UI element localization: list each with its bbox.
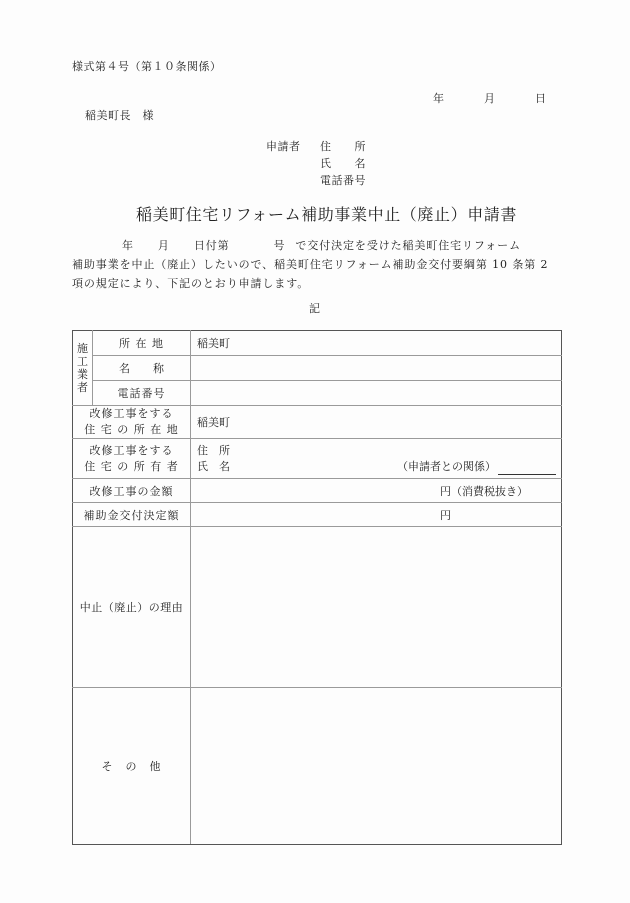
body-line1-rest: で交付決定を受けた稲美町住宅リフォーム (295, 239, 521, 252)
table-row: 改修工事の金額 円（消費税抜き） (73, 479, 562, 503)
contractor-name-label: 名称 (93, 356, 191, 381)
ki-heading: 記 (309, 300, 321, 316)
body-dated: 日付第 (194, 239, 230, 252)
owner-relation-label: （申請者との関係） (397, 460, 496, 473)
other-label: そ の 他 (73, 688, 191, 845)
cost-field[interactable]: 円（消費税抜き） (191, 479, 562, 503)
contractor-location-field[interactable]: 稲美町 (191, 331, 562, 356)
reason-field[interactable] (191, 527, 562, 688)
owner-label: 改修工事をする 住 宅 の 所 有 者 (73, 439, 191, 479)
date-year-label: 年 (433, 90, 445, 106)
table-row: 補助金交付決定額 円 (73, 503, 562, 527)
owner-address-label: 住 所 (197, 443, 561, 459)
table-row: そ の 他 (73, 688, 562, 845)
owner-relation-field[interactable] (498, 462, 556, 475)
cost-label: 改修工事の金額 (73, 479, 191, 503)
owner-name-label: 氏 名 (197, 459, 230, 475)
contractor-group-label: 施 工 業 者 (73, 331, 93, 406)
house-location-field[interactable]: 稲美町 (191, 406, 562, 439)
grant-label: 補助金交付決定額 (73, 503, 191, 527)
other-field[interactable] (191, 688, 562, 845)
body-number: 号 (274, 239, 286, 252)
applicant-label: 申請者 (266, 138, 301, 154)
cost-unit: 円（消費税抜き） (440, 485, 528, 498)
contractor-name-field[interactable] (191, 356, 562, 381)
body-line3: 項の規定により、下記のとおり申請します。 (72, 274, 564, 293)
body-year: 年 (122, 239, 134, 252)
table-row: 改修工事をする 住 宅 の 所 有 者 住 所 氏 名 （申請者との関係） (73, 439, 562, 479)
table-row: 改修工事をする 住 宅 の 所 在 地 稲美町 (73, 406, 562, 439)
grant-unit: 円 (440, 509, 451, 522)
contractor-location-label: 所 在 地 (93, 331, 191, 356)
date-day-label: 日 (535, 90, 547, 106)
date-month-label: 月 (484, 90, 496, 106)
applicant-phone-label: 電話番号 (320, 172, 366, 188)
applicant-name-label: 氏 名 (320, 155, 366, 171)
form-number: 様式第４号（第１０条関係） (72, 58, 222, 74)
table-row: 名称 (73, 356, 562, 381)
document-title: 稲美町住宅リフォーム補助事業中止（廃止）申請書 (136, 202, 517, 225)
contractor-phone-field[interactable] (191, 381, 562, 406)
body-line2: 補助事業を中止（廃止）したいので、稲美町住宅リフォーム補助金交付要綱第 10 条… (72, 255, 564, 274)
table-row: 施 工 業 者 所 在 地 稲美町 (73, 331, 562, 356)
applicant-address-label: 住 所 (320, 138, 366, 154)
contractor-phone-label: 電話番号 (93, 381, 191, 406)
house-location-label: 改修工事をする 住 宅 の 所 在 地 (73, 406, 191, 439)
table-row: 中止（廃止）の理由 (73, 527, 562, 688)
table-row: 電話番号 (73, 381, 562, 406)
reason-label: 中止（廃止）の理由 (73, 527, 191, 688)
grant-field[interactable]: 円 (191, 503, 562, 527)
body-paragraph: 年月日付第号で交付決定を受けた稲美町住宅リフォーム 補助事業を中止（廃止）したい… (72, 236, 564, 293)
body-month: 月 (158, 239, 170, 252)
application-table: 施 工 業 者 所 在 地 稲美町 名称 電話番号 改修工事をする 住 宅 の … (72, 330, 562, 845)
addressee: 稲美町長 様 (85, 107, 154, 123)
owner-field[interactable]: 住 所 氏 名 （申請者との関係） (191, 439, 562, 479)
